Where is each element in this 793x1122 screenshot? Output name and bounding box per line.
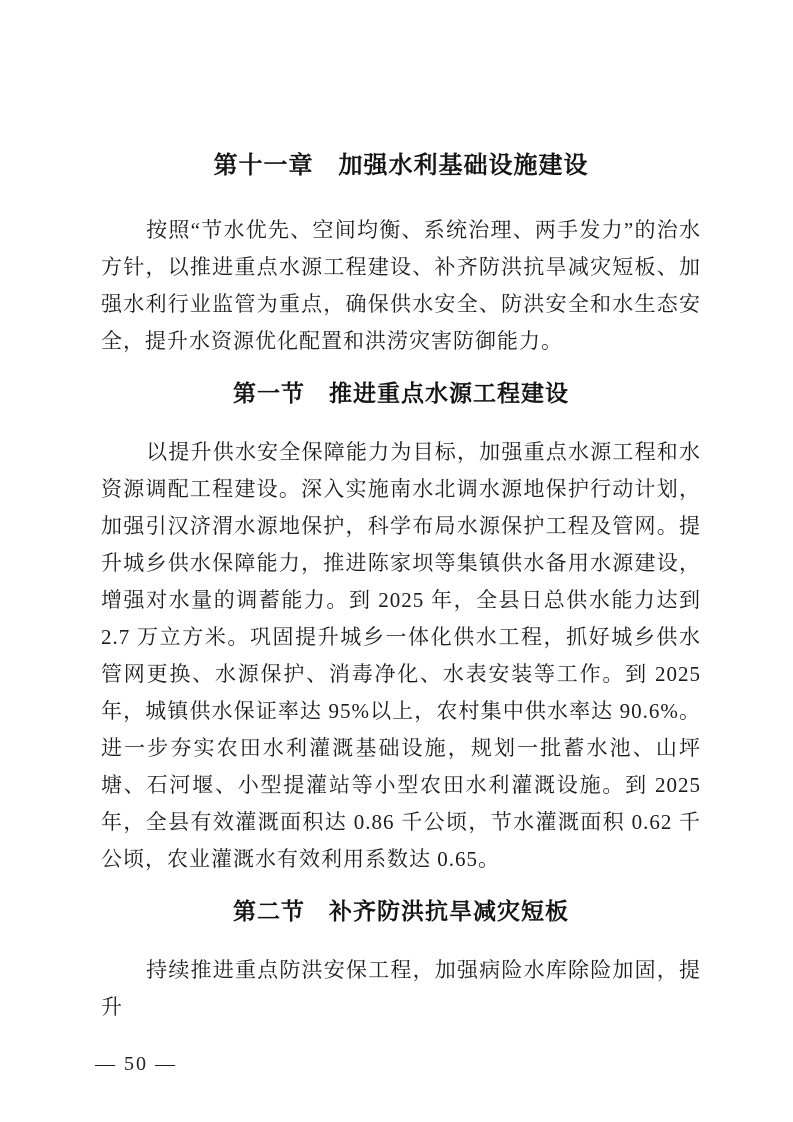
section-1-heading: 第一节 推进重点水源工程建设 — [101, 374, 701, 412]
section-2-body: 持续推进重点防洪安保工程，加强病险水库除险加固，提升 — [101, 952, 701, 1026]
page-number: — 50 — — [95, 1053, 177, 1076]
chapter-title: 第十一章 加强水利基础设施建设 — [101, 147, 701, 185]
intro-paragraph: 按照“节水优先、空间均衡、系统治理、两手发力”的治水方针，以推进重点水源工程建设… — [101, 212, 701, 360]
page-content: 第十一章 加强水利基础设施建设 按照“节水优先、空间均衡、系统治理、两手发力”的… — [101, 147, 701, 1026]
section-2-heading: 第二节 补齐防洪抗旱减灾短板 — [101, 892, 701, 930]
document-page: 第十一章 加强水利基础设施建设 按照“节水优先、空间均衡、系统治理、两手发力”的… — [0, 0, 793, 1122]
section-1-body: 以提升供水安全保障能力为目标，加强重点水源工程和水资源调配工程建设。深入实施南水… — [101, 434, 701, 878]
